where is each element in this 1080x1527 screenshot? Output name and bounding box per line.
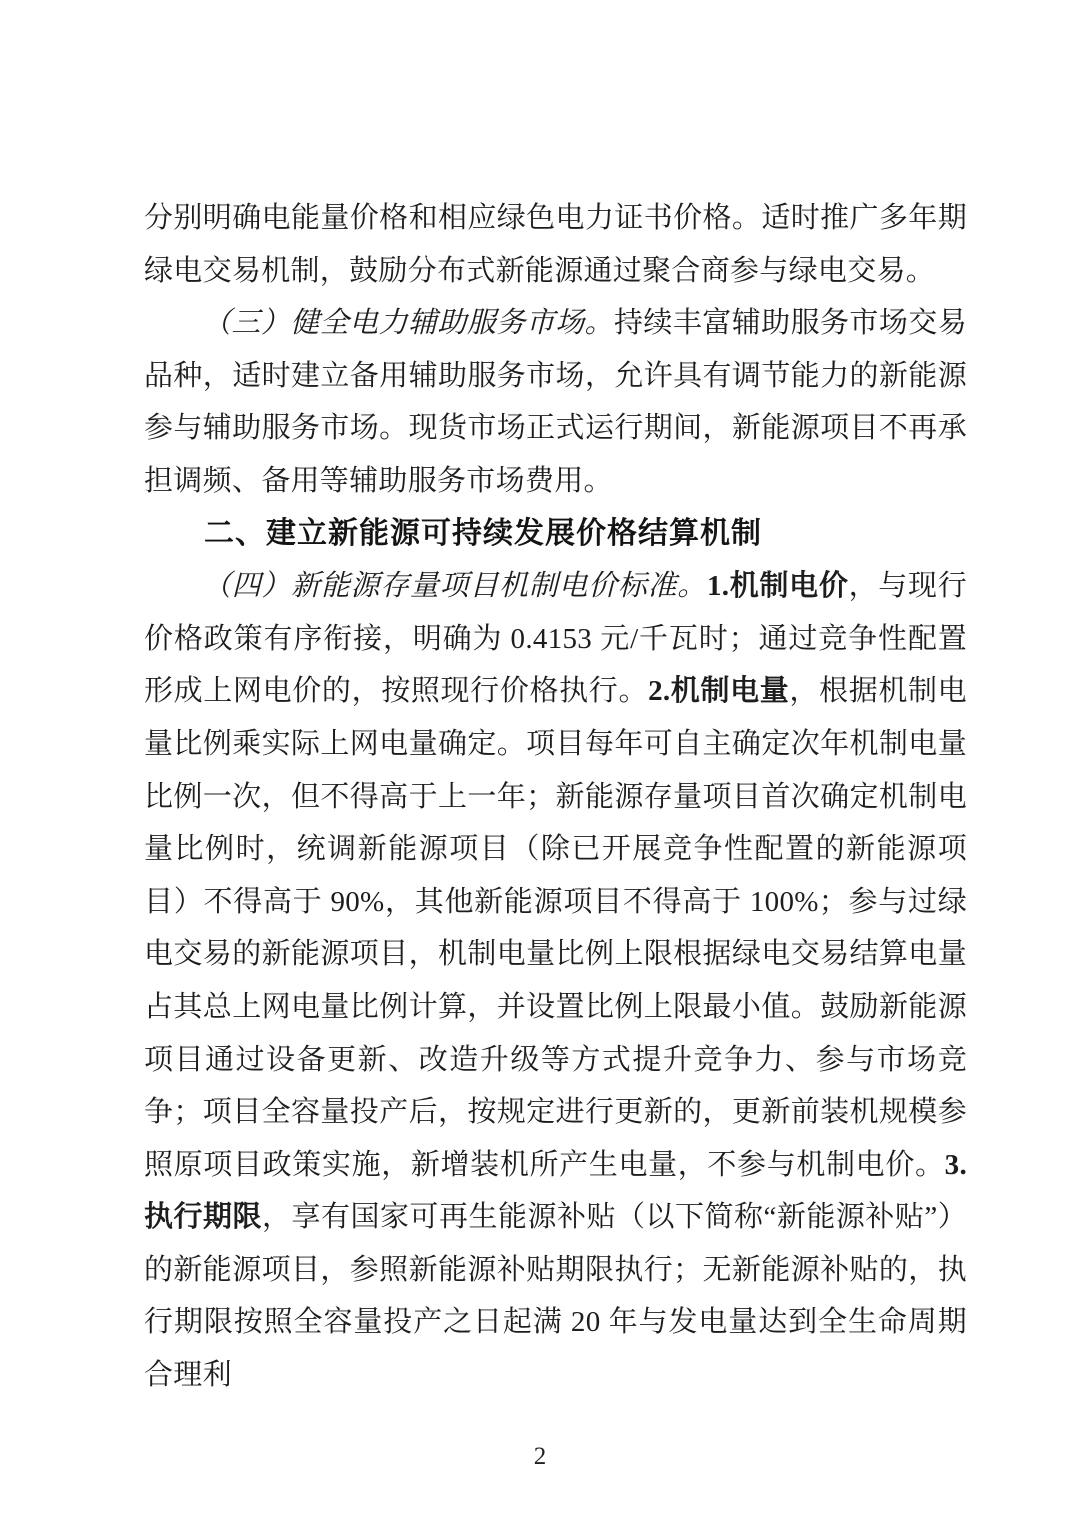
text-segment-bold: 2.机制电量 (648, 675, 789, 707)
heading-part-two: 二、建立新能源可持续发展价格结算机制 (144, 508, 967, 561)
para-continued-from-previous-page: 分别明确电能量价格和相应绿色电力证书价格。适时推广多年期绿电交易机制，鼓励分布式… (144, 192, 967, 297)
text-segment-kaiti: （三）健全电力辅助服务市场。 (202, 307, 614, 339)
text-segment-kaiti: （四）新能源存量项目机制电价标准。 (202, 570, 707, 602)
para-section-three: （三）健全电力辅助服务市场。持续丰富辅助服务市场交易品种，适时建立备用辅助服务市… (144, 297, 967, 507)
text-segment-normal: ，根据机制电量比例乘实际上网电量确定。项目每年可自主确定次年机制电量比例一次，但… (144, 675, 967, 1180)
para-section-four: （四）新能源存量项目机制电价标准。1.机制电价，与现行价格政策有序衔接，明确为 … (144, 560, 967, 1402)
document-body: 分别明确电能量价格和相应绿色电力证书价格。适时推广多年期绿电交易机制，鼓励分布式… (144, 192, 967, 1402)
text-segment-normal: 分别明确电能量价格和相应绿色电力证书价格。适时推广多年期绿电交易机制，鼓励分布式… (144, 202, 967, 287)
page-number: 2 (0, 1443, 1080, 1471)
text-segment-normal: ，享有国家可再生能源补贴（以下简称“新能源补贴”）的新能源项目，参照新能源补贴期… (144, 1201, 967, 1391)
text-segment-heading: 二、建立新能源可持续发展价格结算机制 (204, 517, 762, 550)
document-page: 分别明确电能量价格和相应绿色电力证书价格。适时推广多年期绿电交易机制，鼓励分布式… (0, 0, 1080, 1527)
text-segment-bold: 1.机制电价 (707, 570, 849, 602)
